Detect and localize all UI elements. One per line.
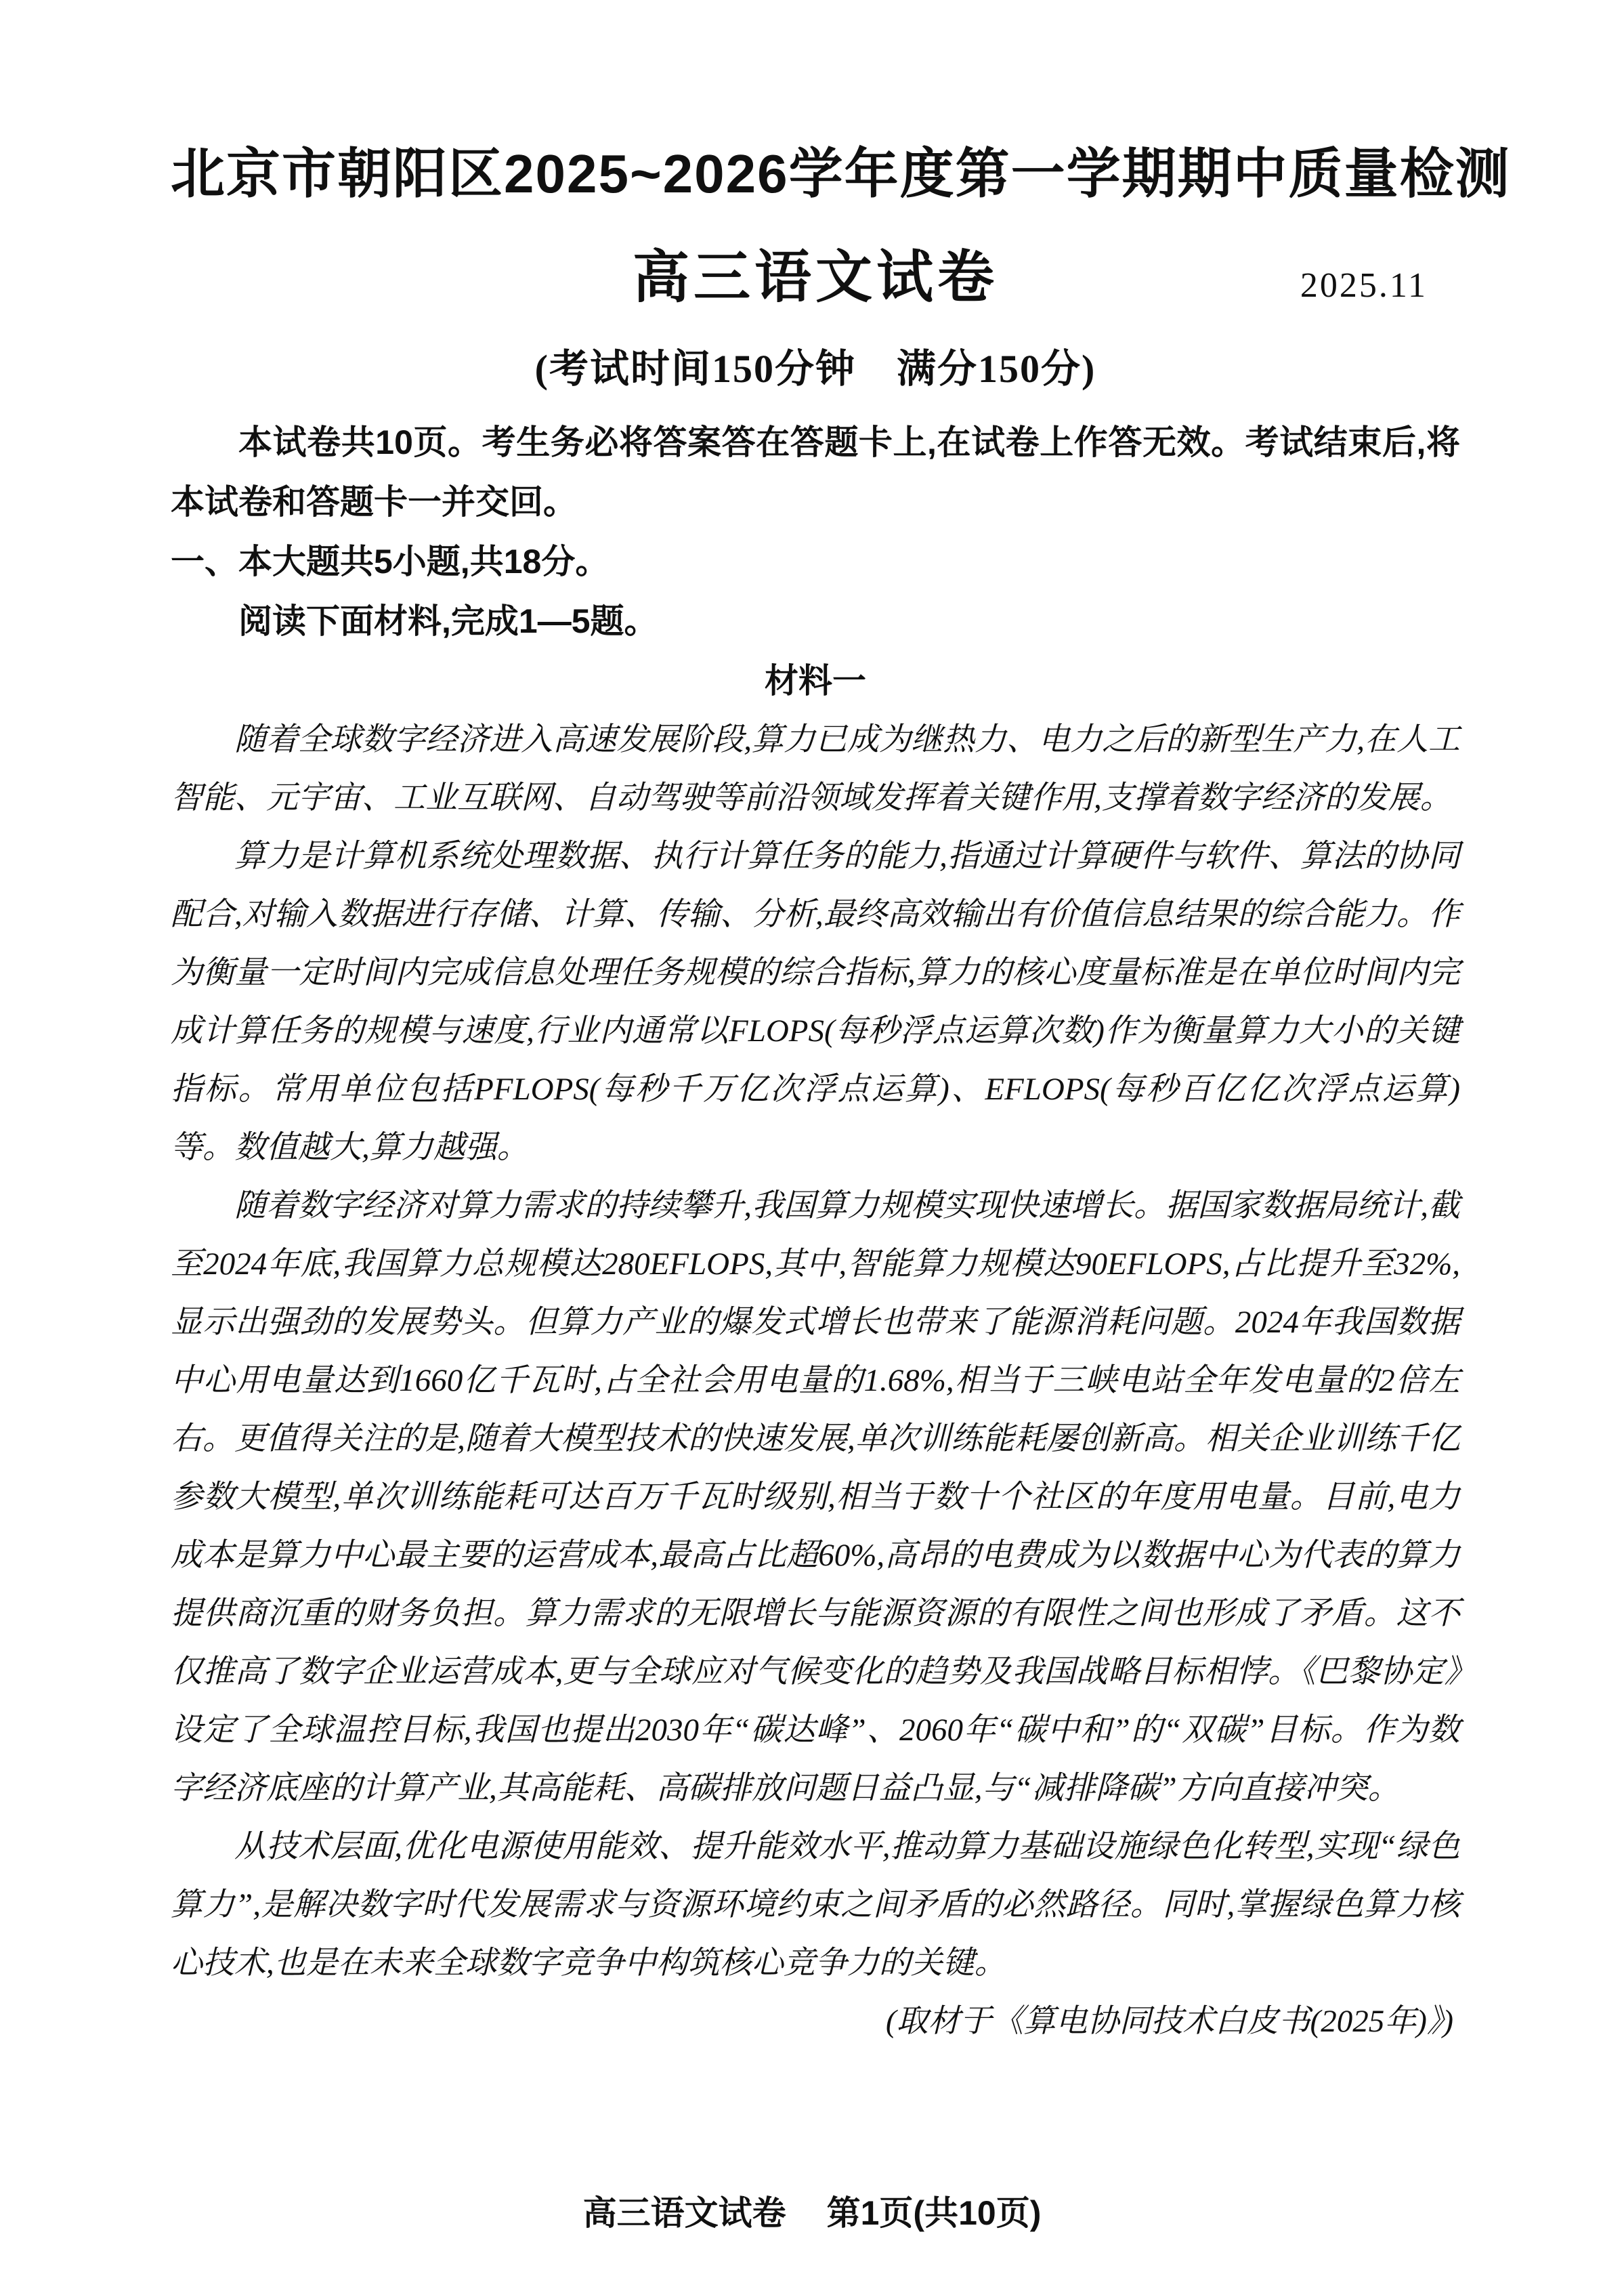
material-paragraph-3: 随着数字经济对算力需求的持续攀升,我国算力规模实现快速增长。据国家数据局统计,截… [171,1177,1460,1817]
section-one-heading: 一、本大题共5小题,共18分。 [171,532,1460,591]
exam-page: 北京市朝阳区2025~2026学年度第一学期期中质量检测 高三语文试卷 2025… [0,0,1624,2293]
page-footer: 高三语文试卷第1页(共10页) [0,2193,1624,2233]
material-paragraph-1: 随着全球数字经济进入高速发展阶段,算力已成为继热力、电力之后的新型生产力,在人工… [171,711,1460,827]
source-attribution: (取材于《算电协同技术白皮书(2025年)》) [171,1992,1460,2050]
footer-page-number: 第1页(共10页) [827,2194,1042,2232]
material-one-title: 材料一 [171,651,1460,711]
notice-paragraph: 本试卷共10页。考生务必将答案答在答题卡上,在试卷上作答无效。考试结束后,将本试… [171,413,1460,532]
reading-instruction: 阅读下面材料,完成1—5题。 [171,591,1460,651]
material-paragraph-4: 从技术层面,优化电源使用能效、提升能效水平,推动算力基础设施绿色化转型,实现“绿… [171,1817,1460,1992]
exam-info: (考试时间150分钟 满分150分) [171,343,1460,395]
exam-date: 2025.11 [1300,266,1428,306]
exam-subtitle: 高三语文试卷 [171,238,1460,316]
subtitle-row: 高三语文试卷 2025.11 [171,238,1460,316]
material-paragraph-2: 算力是计算机系统处理数据、执行计算任务的能力,指通过计算硬件与软件、算法的协同配… [171,827,1460,1177]
footer-exam-label: 高三语文试卷 [583,2194,786,2232]
page-title: 北京市朝阳区2025~2026学年度第一学期期中质量检测 [171,139,1460,209]
